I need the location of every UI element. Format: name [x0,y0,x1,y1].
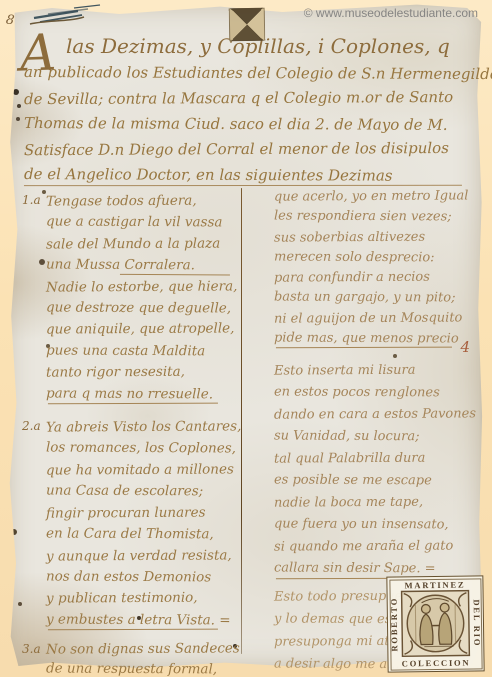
verse-line: nadie la boca me tape, [274,491,476,514]
verse-line: su Vanidad, su locura; [274,426,476,449]
header-line: de Sevilla; contra la Mascara q el Coleg… [24,85,476,113]
verse-line: Nadie lo estorbe, que hiera, [46,276,241,299]
stanza-marker: 3.a [22,642,41,656]
scanned-manuscript-view: © www.museodelestudiante.com 8 4 A las D… [0,0,492,677]
verse-line: tanto rigor nesesita, [46,362,241,385]
verse-line: les respondiera sien vezes; [274,207,476,228]
stanza-marker: 1.a [22,193,41,207]
verse-line: No son dignas sus Sandeces [46,640,241,661]
verse-line: tal qual Palabrilla dura [274,447,476,470]
verse-line: para confundir a necios [274,268,476,290]
stamp-text-left: ROBERTO [389,590,400,660]
stamp-woodcut-figures [401,590,471,658]
verse-line: merecen solo desprecio: [274,247,476,268]
stanza-1: 1.a Tengase todos afuera, que a castigar… [22,191,241,405]
verse-line: y aunque la verdad resista, [46,545,241,568]
header-line: de el Angelico Doctor, en las siguientes… [24,162,476,189]
verse-line: para q mas no rresuelle. [46,383,241,405]
pinwheel-seal-icon [229,8,266,42]
verse-line: que a castigar la vil vassa [46,212,241,234]
verse-line: una Casa de escolares; [46,481,241,503]
folio-numeral-top-left: 8 [5,12,15,28]
verse-line: que fuera yo un insensato, [274,513,476,536]
verse-line: que destroze que deguelle, [46,298,241,320]
stamp-text-right: DEL RIO [472,588,483,658]
stanza-2: 2.a Ya abreis Visto los Cantares, los ro… [22,417,241,631]
verse-line: y publican testimonio, [46,588,241,611]
verse-line: Ya abreis Visto los Cantares, [46,416,241,439]
header-line: Thomas de la misma Ciud. saco el dia 2. … [24,111,476,138]
verse-line: si quando me araña el gato [274,535,476,558]
verse-line: en la Cara del Thomista, [46,524,241,546]
collection-stamp: MARTINEZ COLECCION ROBERTO DEL RIO [386,575,484,672]
title-block: las Dezimas, y Coplillas, i Coplones, q … [24,31,476,188]
verse-line: pues una casta Maldita [46,340,241,362]
verse-line: los romances, los Coplones, [46,438,241,460]
verse-line: que aniquile, que atropelle, [46,319,241,342]
verse-line: de una respuesta formal, [46,659,241,677]
verse-line: Esto inserta mi lisura [274,360,476,383]
stanza-next: Esto inserta mi lisura en estos pocos re… [250,360,476,535]
verse-line: dando en cara a estos Pavones [274,404,476,427]
verse-line: que acerlo, yo en metro Igual [274,186,476,208]
stanza-continuation: que acerlo, yo en metro Igual les respon… [250,187,476,349]
verse-line: una Mussa Corralera. [46,255,241,277]
verse-line: es posible se me escape [274,469,476,492]
folio-numeral-right-margin: 4 [460,338,470,356]
verse-line: basta un gargajo, y un pito; [274,288,476,309]
verse-line: en estos pocos renglones [274,382,476,405]
verse-line: y embustes a letra Vista. = [46,609,241,631]
header-line: an publicado los Estudiantes del Colegio… [24,60,476,87]
ink-blots [4,2,8,6]
verse-line: ni el aguijon de un Mosquito [274,308,476,330]
verse-line: sus soberbias altivezes [274,227,476,249]
stanza-marker: 2.a [22,419,41,433]
header-line: Satisface D.n Diego del Corral el menor … [24,136,476,164]
verse-line: que ha vomitado a millones [46,459,241,482]
stanza-close: si quando me araña el gato callara sin d… [250,536,476,580]
verse-line: fingir procuran lunares [46,502,241,525]
copyright-watermark: © www.museodelestudiante.com [304,6,478,20]
stamp-text-top: MARTINEZ [387,579,482,590]
verse-line: nos dan estos Demonios [46,566,241,588]
verse-line: pide mas, que menos precio [274,329,476,350]
verse-line: sale del Mundo a la plaza [46,233,241,256]
left-column: 1.a Tengase todos afuera, que a castigar… [22,186,241,677]
verse-line: Tengase todos afuera, [46,190,241,213]
stanza-3: 3.a No son dignas sus Sandeces de una re… [22,640,241,677]
pen-scribble [28,3,106,29]
stamp-text-bottom: COLECCION [388,657,483,668]
